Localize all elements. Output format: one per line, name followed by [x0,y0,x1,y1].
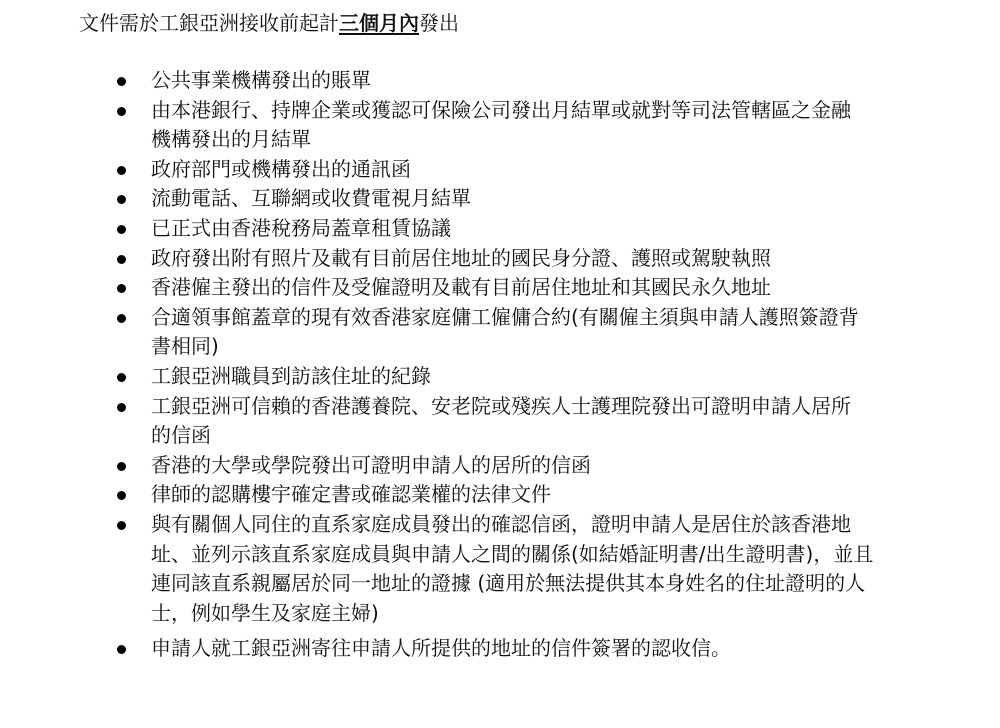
bullet-icon [117,403,126,412]
list-item-line: 合適領事館蓋章的現有效香港家庭傭工僱傭合約(有關僱主須與申請人護照簽證背 [151,305,859,329]
list-item: 工銀亞洲職員到訪該住址的紀錄 [0,362,1000,392]
bullet-icon [117,107,126,116]
list-item: 已正式由香港稅務局蓋章租賃協議 [0,214,1000,244]
list-item-line: 址、並列示該直系家庭成員與申請人之間的關係(如結婚証明書/出生證明書)，並且 [151,542,873,566]
list-item-line: 由本港銀行、持牌企業或獲認可保險公司發出月結單或就對等司法管轄區之金融 [151,98,851,122]
list-item-line: 工銀亞洲可信賴的香港護養院、安老院或殘疾人士護理院發出可證明申請人居所 [151,394,851,418]
bullet-icon [117,255,126,264]
list-item: 香港僱主發出的信件及受僱證明及載有目前居住地址和其國民永久地址 [0,273,1000,303]
bullet-icon [117,314,126,323]
list-item: 政府部門或機構發出的通訊函 [0,155,1000,185]
list-item: 政府發出附有照片及載有目前居住地址的國民身分證、護照或駕駛執照 [0,244,1000,274]
bullet-icon [117,195,126,204]
bullet-icon [117,645,126,654]
bullet-icon [117,77,126,86]
list-item-line: 已正式由香港稅務局蓋章租賃協議 [151,216,451,240]
bullet-icon [117,284,126,293]
list-item: 申請人就工銀亞洲寄往申請人所提供的地址的信件簽署的認收信。 [0,634,1000,664]
list-item-line: 流動電話、互聯網或收費電視月結單 [151,186,471,210]
list-item: 公共事業機構發出的賬單 [0,66,1000,96]
list-item-line: 政府發出附有照片及載有目前居住地址的國民身分證、護照或駕駛執照 [151,246,771,270]
list-item-line: 連同該直系親屬居於同一地址的證據 (適用於無法提供其本身姓名的住址證明的人 [151,571,865,595]
list-item-line: 的信函 [151,423,211,447]
list-item-line: 與有關個人同住的直系家庭成員發出的確認信函，證明申請人是居住於該香港地 [151,512,851,536]
heading-emphasis-three-months: 三個月內 [339,11,419,35]
heading-suffix: 發出 [419,11,459,35]
list-item-line: 書相同) [151,334,219,358]
list-item-line: 香港的大學或學院發出可證明申請人的居所的信函 [151,453,591,477]
bullet-icon [117,462,126,471]
bullet-icon [117,166,126,175]
list-item-line: 士，例如學生及家庭主婦) [151,601,379,625]
list-item-line: 工銀亞洲職員到訪該住址的紀錄 [151,364,431,388]
bullet-icon [117,491,126,500]
list-item-line: 政府部門或機構發出的通訊函 [151,157,411,181]
list-item: 香港的大學或學院發出可證明申請人的居所的信函 [0,451,1000,481]
bullet-icon [117,225,126,234]
heading-prefix: 文件需於工銀亞洲接收前起計 [79,11,339,35]
list-item-line: 公共事業機構發出的賬單 [151,68,371,92]
list-item: 律師的認購樓宇確定書或確認業權的法律文件 [0,480,1000,510]
list-item-line: 律師的認購樓宇確定書或確認業權的法律文件 [151,482,551,506]
list-item: 流動電話、互聯網或收費電視月結單 [0,184,1000,214]
document-heading: 文件需於工銀亞洲接收前起計三個月內發出 [79,8,459,38]
bullet-icon [117,521,126,530]
list-item: 合適領事館蓋章的現有效香港家庭傭工僱傭合約(有關僱主須與申請人護照簽證背 書相同… [0,303,1000,362]
list-item: 與有關個人同住的直系家庭成員發出的確認信函，證明申請人是居住於該香港地 址、並列… [0,510,1000,628]
bullet-icon [117,373,126,382]
list-item-line: 機構發出的月結單 [151,127,311,151]
list-item: 由本港銀行、持牌企業或獲認可保險公司發出月結單或就對等司法管轄區之金融 機構發出… [0,96,1000,155]
list-item-line: 香港僱主發出的信件及受僱證明及載有目前居住地址和其國民永久地址 [151,275,771,299]
list-item-line: 申請人就工銀亞洲寄往申請人所提供的地址的信件簽署的認收信。 [151,636,731,660]
accepted-documents-list: 公共事業機構發出的賬單 由本港銀行、持牌企業或獲認可保險公司發出月結單或就對等司… [0,66,1000,664]
list-item: 工銀亞洲可信賴的香港護養院、安老院或殘疾人士護理院發出可證明申請人居所 的信函 [0,392,1000,451]
